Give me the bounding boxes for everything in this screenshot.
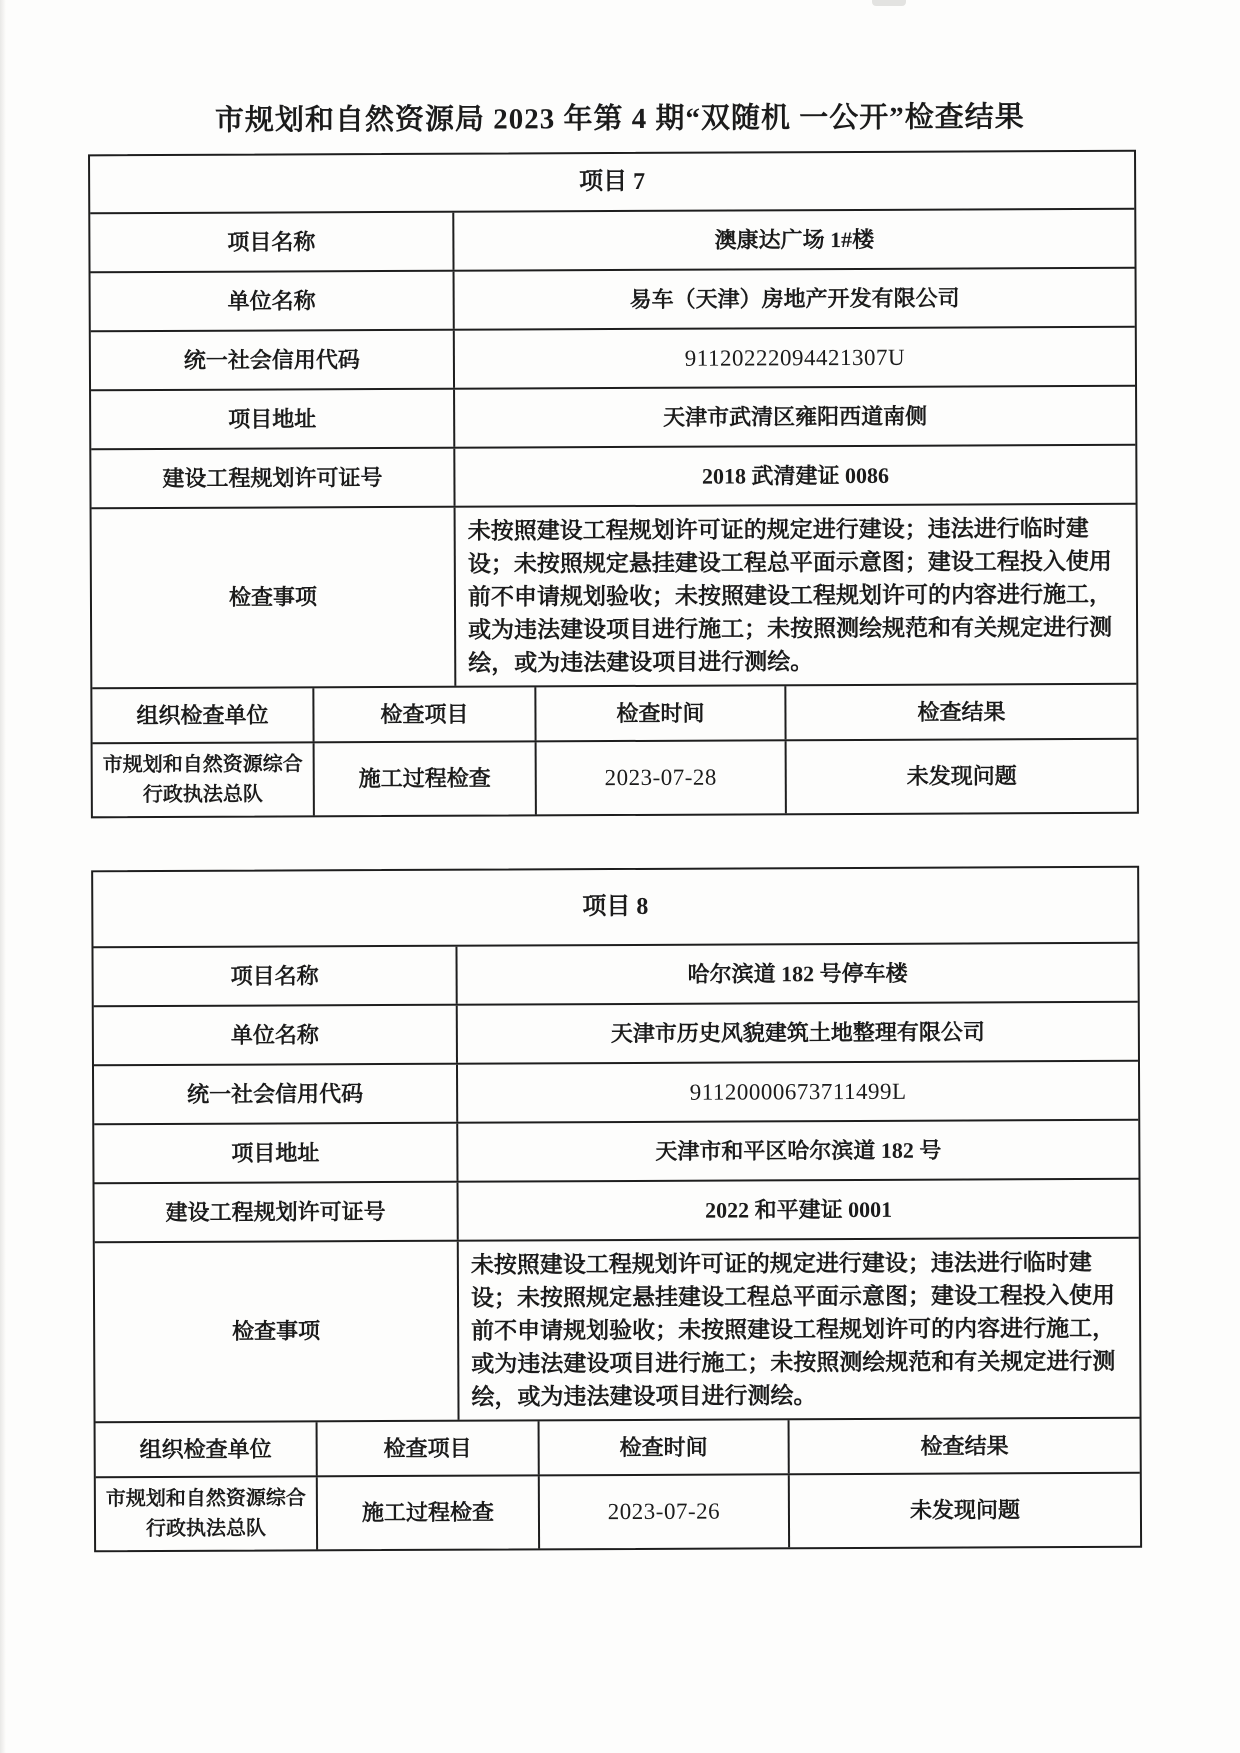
info-value: 天津市和平区哈尔滨道 182 号: [456, 1121, 1138, 1181]
info-value: 澳康达广场 1#楼: [452, 210, 1134, 270]
scan-edge-artifact: [0, 0, 6, 1753]
table-row: 统一社会信用代码 91120000673711499L: [94, 1060, 1138, 1124]
info-label: 单位名称: [91, 272, 453, 331]
result-header-item: 检查项目: [316, 1421, 538, 1475]
result-date: 2023-07-28: [535, 741, 785, 814]
table-row: 单位名称 易车（天津）房地产开发有限公司: [91, 267, 1135, 331]
project-header: 项目 7: [90, 152, 1134, 213]
table-row: 单位名称 天津市历史风貌建筑土地整理有限公司: [94, 1001, 1138, 1065]
result-header-org: 组织检查单位: [96, 1422, 316, 1476]
table-row: 组织检查单位 检查项目 检查时间 检查结果: [96, 1417, 1140, 1477]
table-row: 检查事项 未按照建设工程规划许可证的规定进行建设；违法进行临时建设；未按照规定悬…: [92, 503, 1137, 688]
table-row: 建设工程规划许可证号 2018 武清建证 0086: [91, 444, 1135, 508]
info-label: 项目名称: [93, 947, 455, 1006]
result-date: 2023-07-26: [538, 1475, 788, 1548]
inspection-label: 检查事项: [92, 508, 455, 688]
scan-smudge-artifact: [872, 0, 906, 6]
table-row: 统一社会信用代码 91120222094421307U: [91, 326, 1135, 390]
result-item: 施工过程检查: [316, 1476, 538, 1549]
info-label: 统一社会信用代码: [94, 1065, 456, 1124]
result-item: 施工过程检查: [313, 742, 535, 815]
page-title: 市规划和自然资源局 2023 年第 4 期“双随机 一公开”检查结果: [0, 93, 1240, 139]
info-value: 91120222094421307U: [453, 328, 1135, 388]
result-header-date: 检查时间: [538, 1420, 788, 1474]
info-value: 天津市武清区雍阳西道南侧: [453, 387, 1135, 447]
table-row: 项目地址 天津市和平区哈尔滨道 182 号: [94, 1119, 1138, 1183]
info-label: 项目地址: [91, 390, 453, 449]
inspection-label: 检查事项: [95, 1242, 458, 1422]
result-header-result: 检查结果: [784, 685, 1136, 740]
table-row: 检查事项 未按照建设工程规划许可证的规定进行建设；违法进行临时建设；未按照规定悬…: [95, 1237, 1140, 1422]
info-label: 建设工程规划许可证号: [95, 1183, 457, 1242]
table-row: 市规划和自然资源综合行政执法总队 施工过程检查 2023-07-28 未发现问题: [93, 738, 1137, 817]
table-row: 组织检查单位 检查项目 检查时间 检查结果: [92, 683, 1136, 743]
info-label: 统一社会信用代码: [91, 331, 453, 390]
info-value: 易车（天津）房地产开发有限公司: [453, 269, 1135, 329]
inspection-text: 未按照建设工程规划许可证的规定进行建设；违法进行临时建设；未按照规定悬挂建设工程…: [457, 1239, 1140, 1420]
info-label: 项目名称: [90, 213, 452, 272]
result-org: 市规划和自然资源综合行政执法总队: [96, 1477, 316, 1550]
result-org: 市规划和自然资源综合行政执法总队: [93, 743, 313, 816]
result-header-org: 组织检查单位: [92, 688, 312, 742]
table-row: 项目 7: [90, 152, 1134, 213]
info-label: 单位名称: [94, 1006, 456, 1065]
table-row: 项目 8: [93, 868, 1137, 947]
project-header: 项目 8: [93, 868, 1137, 947]
document-page: 市规划和自然资源局 2023 年第 4 期“双随机 一公开”检查结果 项目 7 …: [0, 0, 1239, 3]
project-7-table: 项目 7 项目名称 澳康达广场 1#楼 单位名称 易车（天津）房地产开发有限公司…: [88, 150, 1139, 819]
table-row: 市规划和自然资源综合行政执法总队 施工过程检查 2023-07-26 未发现问题: [96, 1472, 1140, 1551]
info-label: 建设工程规划许可证号: [91, 449, 453, 508]
info-value: 2018 武清建证 0086: [453, 446, 1135, 506]
result-result: 未发现问题: [788, 1474, 1140, 1548]
info-value: 哈尔滨道 182 号停车楼: [455, 944, 1137, 1004]
table-row: 项目地址 天津市武清区雍阳西道南侧: [91, 385, 1135, 449]
result-result: 未发现问题: [785, 740, 1137, 814]
result-header-result: 检查结果: [788, 1419, 1140, 1474]
result-header-date: 检查时间: [534, 686, 784, 740]
info-value: 天津市历史风貌建筑土地整理有限公司: [456, 1003, 1138, 1063]
info-label: 项目地址: [94, 1124, 456, 1183]
project-8-table: 项目 8 项目名称 哈尔滨道 182 号停车楼 单位名称 天津市历史风貌建筑土地…: [91, 866, 1142, 1553]
info-value: 2022 和平建证 0001: [457, 1180, 1139, 1240]
inspection-text: 未按照建设工程规划许可证的规定进行建设；违法进行临时建设；未按照规定悬挂建设工程…: [454, 505, 1137, 686]
result-header-item: 检查项目: [312, 687, 534, 741]
table-row: 项目名称 澳康达广场 1#楼: [90, 208, 1134, 272]
table-row: 建设工程规划许可证号 2022 和平建证 0001: [94, 1178, 1138, 1242]
table-row: 项目名称 哈尔滨道 182 号停车楼: [93, 942, 1137, 1006]
info-value: 91120000673711499L: [456, 1062, 1138, 1122]
